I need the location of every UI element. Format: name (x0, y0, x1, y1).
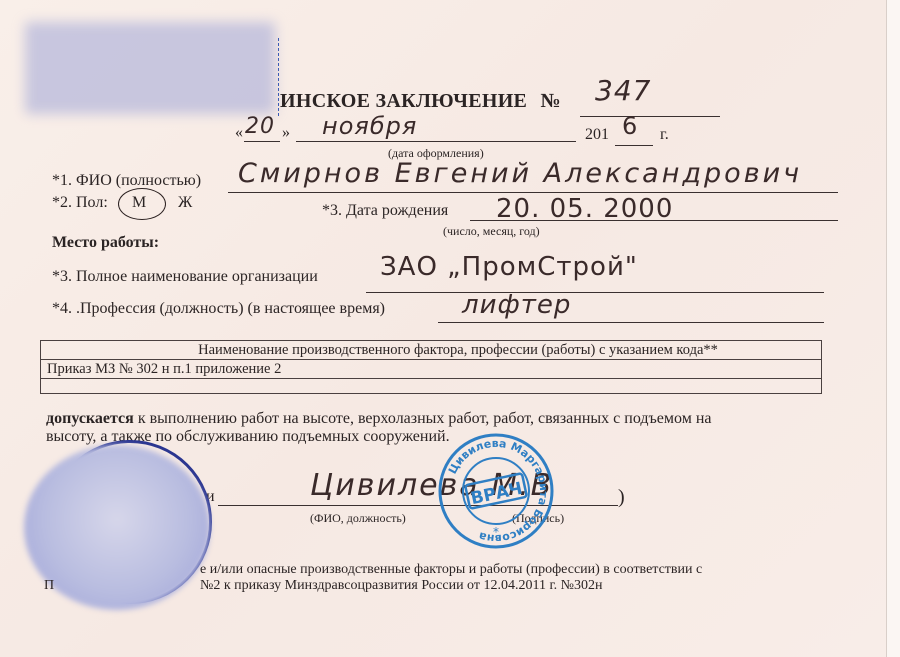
footnote-prefix: П (44, 578, 54, 594)
date-close-quote: » (282, 124, 290, 142)
profession-value: лифтер (462, 290, 571, 320)
footnote-line-2: №2 к приказу Минздравсоцразвития России … (200, 578, 603, 594)
fio-value: Смирнов Евгений Александрович (238, 158, 802, 189)
factor-table: Наименование производственного фактора, … (40, 340, 822, 394)
table-row-empty (41, 379, 822, 394)
factor-row-cell: Приказ МЗ № 302 н п.1 приложение 2 (41, 360, 822, 379)
redacted-institution-header (25, 22, 275, 114)
month-underline (296, 141, 576, 142)
sex-label: *2. Пол: (52, 194, 108, 212)
footnote-line-1: е и/или опасные производственные факторы… (200, 562, 702, 578)
birth-label: *3. Дата рождения (322, 202, 448, 220)
fio-position-caption: (ФИО, должность) (310, 511, 406, 526)
org-underline (366, 292, 824, 293)
year-suffix-label: г. (660, 126, 669, 144)
signature-underline (218, 505, 618, 506)
number-underline (580, 116, 720, 117)
doctor-stamp: Цивилева Маргарита Борисовна ВРАЧ * (437, 432, 555, 550)
profession-underline (438, 322, 824, 323)
factor-header-cell: Наименование производственного фактора, … (41, 341, 822, 360)
year-underline (615, 145, 653, 146)
table-row: Приказ МЗ № 302 н п.1 приложение 2 (41, 360, 822, 379)
date-month: ноября (322, 112, 417, 140)
day-underline (244, 141, 280, 142)
org-label: *3. Полное наименование организации (52, 268, 318, 286)
fio-underline (228, 192, 838, 193)
date-day: 20 (245, 114, 275, 139)
birth-underline (470, 220, 838, 221)
birth-caption: (число, месяц, год) (443, 224, 540, 239)
fio-label: *1. ФИО (полностью) (52, 172, 201, 190)
signature-close-paren: ) (618, 486, 625, 509)
date-year-prefix: 201 (585, 126, 609, 144)
factor-empty-cell (41, 379, 822, 394)
stamp-star: * (493, 525, 499, 539)
scan-edge (886, 0, 900, 657)
certificate-number: 347 (595, 74, 651, 107)
org-value: ЗАО „ПромСтрой" (380, 252, 638, 282)
conclusion-verdict: допускается (46, 410, 134, 427)
factor-table-header: Наименование производственного фактора, … (41, 341, 822, 360)
sex-option-female[interactable]: Ж (178, 194, 192, 212)
sex-selection-circle (118, 188, 166, 220)
workplace-heading: Место работы: (52, 234, 159, 252)
date-open-quote: « (235, 124, 243, 142)
document-title: ИНСКОЕ ЗАКЛЮЧЕНИЕ № (280, 90, 561, 113)
profession-label: *4. .Профессия (должность) (в настоящее … (52, 300, 385, 318)
date-year-suffix: 6 (622, 112, 638, 140)
conclusion-line-1: допускается к выполнению работ на высоте… (46, 410, 711, 428)
